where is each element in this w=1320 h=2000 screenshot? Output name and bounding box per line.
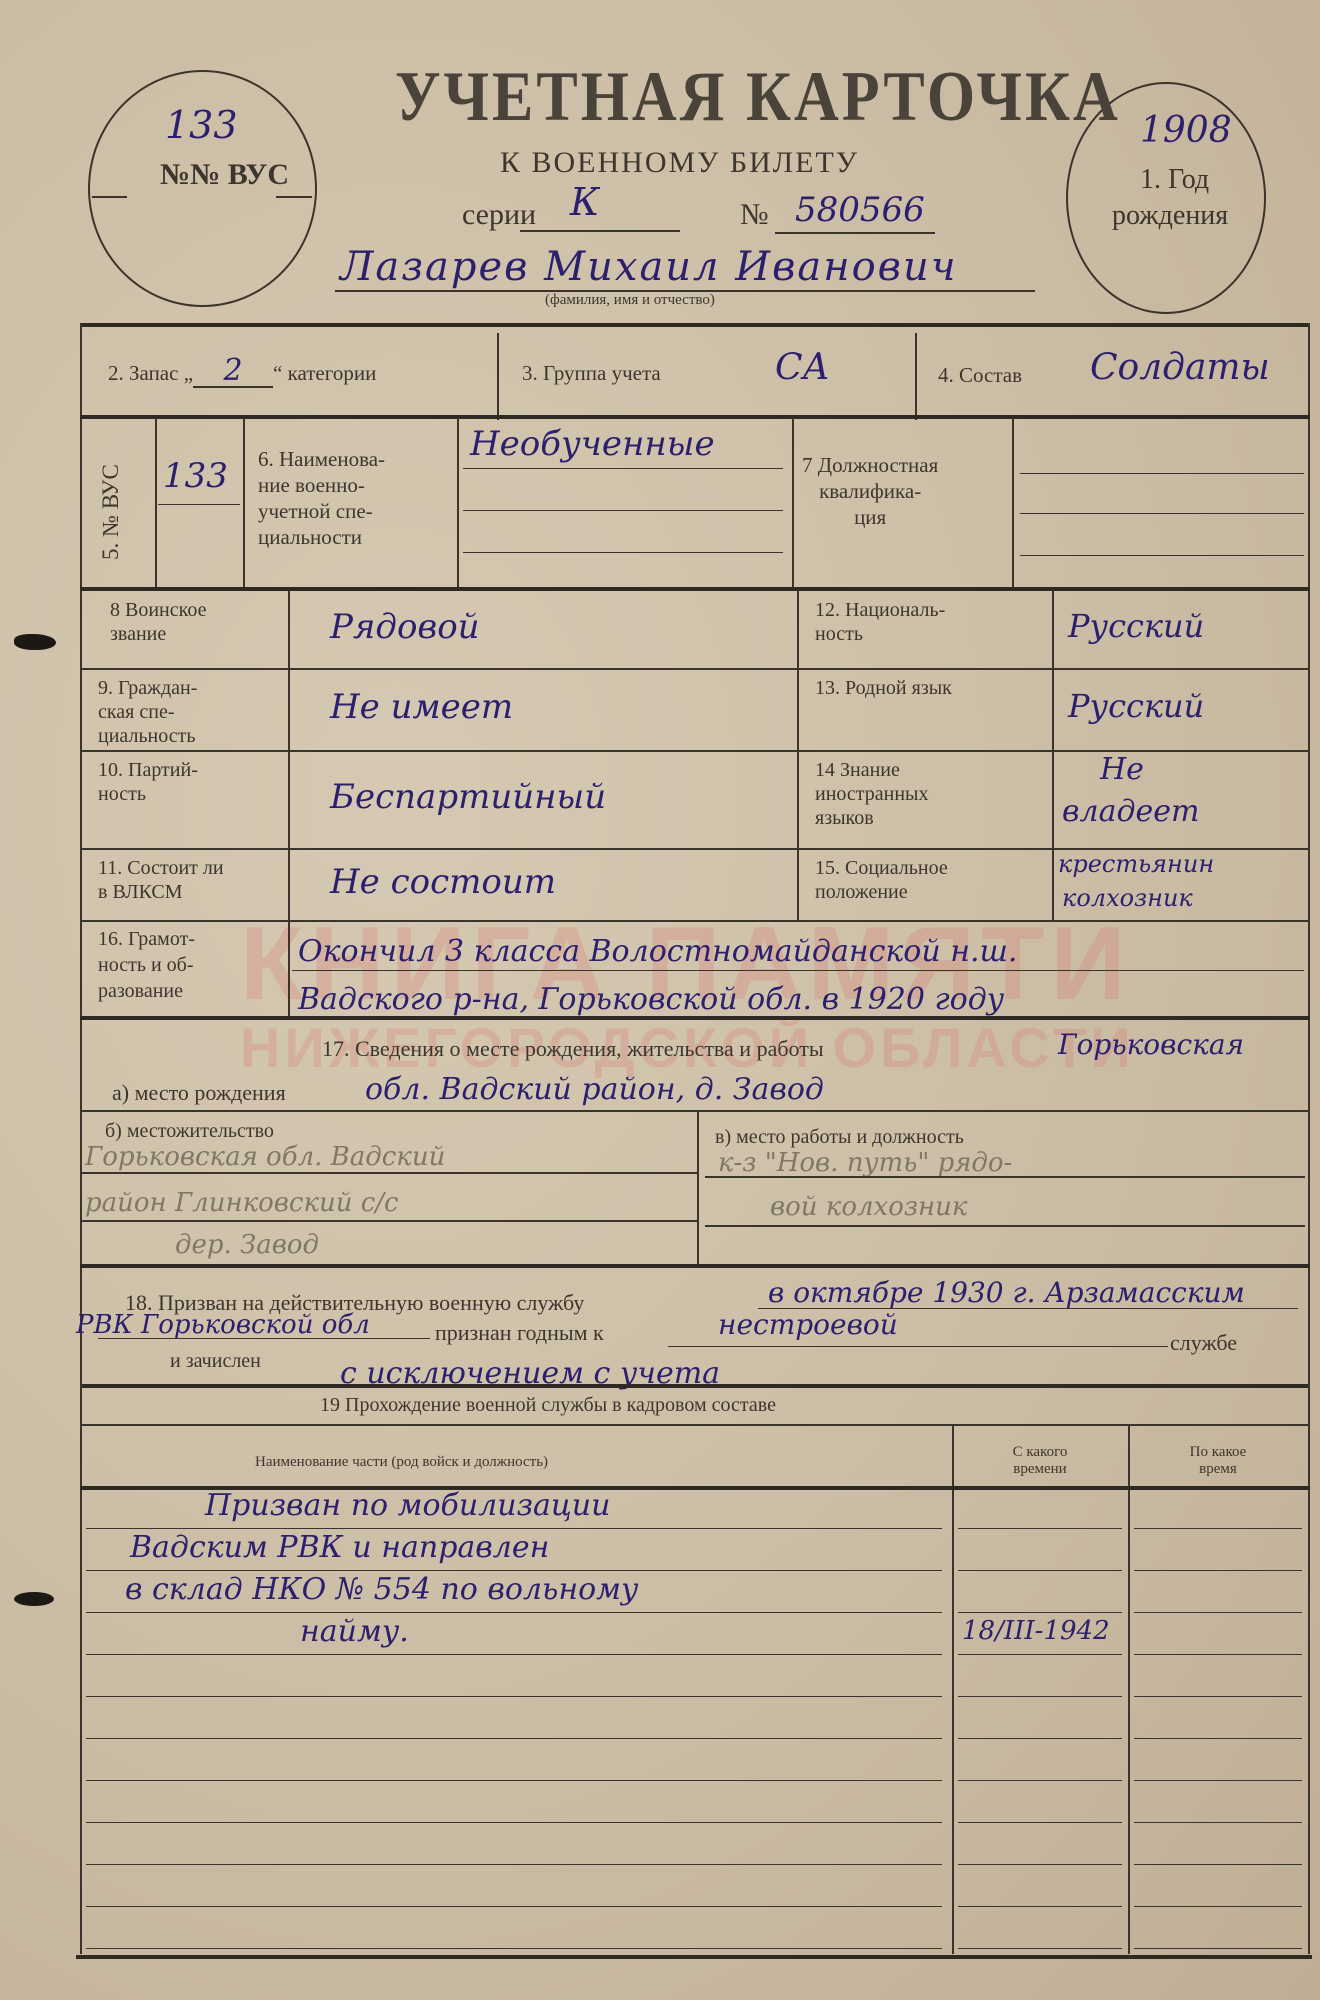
number-value: 580566 [795,190,925,230]
service-row-from: 18/III-1942 [962,1616,1110,1646]
field-value-right-line1: Не [1100,752,1144,787]
vus-vertical-label: 5. № ВУС [98,464,124,560]
series-value: К [570,180,599,224]
field-value-left: Беспартийный [330,777,606,817]
field-label-right: 15. Социальное положение [815,856,948,904]
service-col-from: С какого времени [960,1444,1120,1478]
fit-post: службе [1170,1330,1237,1356]
education-line1: Окончил 3 класса Волостномайданской н.ш. [298,934,1017,969]
vus-circle-label: №№ ВУС [160,158,289,192]
residence-line1: Горьковская обл. Вадский [85,1142,445,1172]
work-label: в) место работы и должность [715,1126,964,1149]
field-value-right-line2: колхозник [1062,884,1193,912]
education-line2: Вадского р-на, Горьковской обл. в 1920 г… [298,982,1004,1017]
service-section-label: 19 Прохождение военной службы в кадровом… [320,1394,776,1417]
fit-label: признан годным к [435,1320,604,1346]
vus-circle-value: 133 [165,103,238,147]
vus-value: 133 [163,456,228,496]
group-label: 3. Группа учета [522,360,661,386]
conscription-value-1: в октябре 1930 г. Арзамасским [768,1276,1245,1309]
birth-year-label-2: рождения [1112,200,1228,232]
field-value-right: Русский [1068,607,1204,645]
service-col-unit: Наименование части (род войск и должност… [255,1454,548,1471]
reserve-label-pre: 2. Запас „ [108,361,193,385]
group-value: СА [775,347,830,388]
birthplace-section-label: 17. Сведения о месте рождения, жительств… [322,1036,824,1062]
enrolled-label: и зачислен [170,1350,261,1373]
qual-label: 7 Должностная квалифика- ция [802,452,938,530]
birth-year-value: 1908 [1140,110,1232,151]
service-col-to: По какое время [1136,1444,1300,1478]
field-label-right: 14 Знание иностранных языков [815,758,929,830]
education-label: 16. Грамот- ность и об- разование [98,926,195,1004]
series-label: серии [462,198,536,232]
work-line1: к-з "Нов. путь" рядо- [718,1148,1012,1178]
staff-value: Солдаты [1090,347,1270,388]
card-title: УЧЕТНАЯ КАРТОЧКА [395,57,1121,139]
residence-line3: дер. Завод [175,1230,319,1260]
birth-year-label-1: 1. Год [1140,164,1209,196]
birth-value: обл. Вадский район, д. Завод [365,1072,824,1107]
service-row-unit: найму. [300,1614,409,1649]
staff-label: 4. Состав [938,362,1022,388]
field-label-left: 8 Воинское звание [110,598,206,646]
residence-label: б) местожительство [105,1120,274,1143]
field-value-right-line1: крестьянин [1058,850,1214,878]
fit-value: нестроевой [718,1308,898,1341]
punch-hole-icon [14,1592,54,1606]
fio-caption: (фамилия, имя и отчество) [545,292,715,309]
field-label-right: 12. Националь- ность [815,598,945,646]
field-label-right: 13. Родной язык [815,676,952,700]
birth-label: а) место рождения [112,1080,286,1106]
spec-value: Необученные [470,424,715,464]
field-value-left: Не состоит [330,862,556,902]
conscription-value-2: РВК Горьковской обл [76,1310,370,1340]
field-value-left: Рядовой [330,607,480,647]
number-label: № [740,198,769,232]
punch-hole-icon [14,634,56,650]
service-row-unit: Вадским РВК и направлен [130,1530,549,1565]
reserve-value: 2 [223,353,242,388]
reserve-label-post: “ категории [273,361,376,385]
birthplace-section-value: Горьковская [1058,1028,1244,1061]
work-line2: вой колхозник [770,1192,967,1222]
fio-value: Лазарев Михаил Иванович [340,244,958,290]
residence-line2: район Глинковский с/с [85,1188,399,1218]
service-row-unit: Призван по мобилизации [205,1488,610,1523]
field-value-right-line2: владеет [1062,794,1199,829]
field-label-left: 10. Партий- ность [98,758,198,806]
field-value-left: Не имеет [330,687,513,727]
service-row-unit: в склад НКО № 554 по вольному [125,1572,638,1607]
card-subtitle: К ВОЕННОМУ БИЛЕТУ [500,146,859,180]
field-value-right: Русский [1068,687,1204,725]
field-label-left: 11. Состоит ли в ВЛКСМ [98,856,224,904]
spec-label: 6. Наименова- ние военно- учетной спе- ц… [258,446,385,550]
field-label-left: 9. Граждан- ская спе- циальность [98,676,197,748]
